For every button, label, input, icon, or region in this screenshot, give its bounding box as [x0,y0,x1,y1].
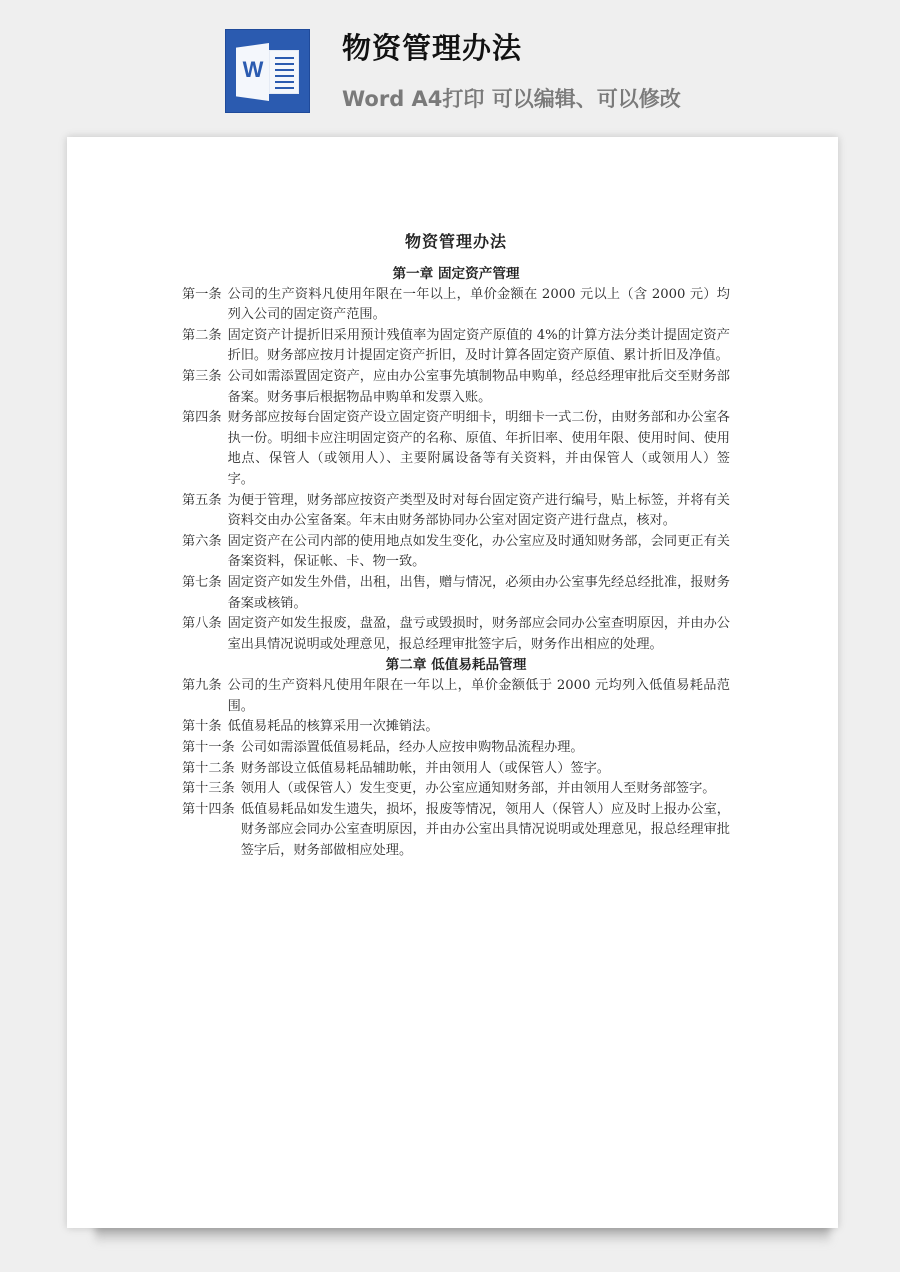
article-number: 第二条 [182,326,228,367]
chapter-heading: 第一章 固定资产管理 [182,264,730,285]
word-letter: W [238,57,268,83]
article: 第八条 固定资产如发生报废，盘盈，盘亏或毁损时，财务部应会同办公室查明原因，并由… [182,614,730,655]
article: 第二条 固定资产计提折旧采用预计残值率为固定资产原值的 4%的计算方法分类计提固… [182,326,730,367]
article: 第十三条 领用人（或保管人）发生变更，办公室应通知财务部，并由领用人至财务部签字… [182,779,730,800]
article-text: 低值易耗品如发生遗失，损坏，报废等情况，领用人（保管人）应及时上报办公室，财务部… [241,800,730,862]
document-title: 物资管理办法 [182,232,730,253]
article-text: 公司的生产资料凡使用年限在一年以上，单价金额低于 2000 元均列入低值易耗品范… [228,676,730,717]
article-text: 公司如需添置固定资产，应由办公室事先填制物品申购单，经总经理审批后交至财务部备案… [228,367,730,408]
article: 第一条 公司的生产资料凡使用年限在一年以上，单价金额在 2000 元以上（含 2… [182,285,730,326]
article-text: 公司的生产资料凡使用年限在一年以上，单价金额在 2000 元以上（含 2000 … [228,285,730,326]
article-number: 第六条 [182,532,228,573]
document-page: 物资管理办法 第一章 固定资产管理 第一条 公司的生产资料凡使用年限在一年以上，… [67,137,838,1228]
article-text: 固定资产如发生报废，盘盈，盘亏或毁损时，财务部应会同办公室查明原因，并由办公室出… [228,614,730,655]
article-number: 第三条 [182,367,228,408]
article: 第十二条 财务部设立低值易耗品辅助帐，并由领用人（或保管人）签字。 [182,759,730,780]
article-number: 第十四条 [182,800,241,862]
header-subtitle: Word A4打印 可以编辑、可以修改 [342,83,681,113]
article-number: 第九条 [182,676,228,717]
article-text: 公司如需添置低值易耗品，经办人应按申购物品流程办理。 [241,738,730,759]
article-text: 为便于管理，财务部应按资产类型及时对每台固定资产进行编号，贴上标签，并将有关资料… [228,491,730,532]
article-text: 固定资产如发生外借，出租，出售，赠与情况，必须由办公室事先经总经批准，报财务备案… [228,573,730,614]
article: 第十条 低值易耗品的核算采用一次摊销法。 [182,717,730,738]
header-title: 物资管理办法 [342,26,522,67]
article-number: 第八条 [182,614,228,655]
article-text: 固定资产计提折旧采用预计残值率为固定资产原值的 4%的计算方法分类计提固定资产折… [228,326,730,367]
article-number: 第十一条 [182,738,241,759]
article: 第十四条 低值易耗品如发生遗失，损坏，报废等情况，领用人（保管人）应及时上报办公… [182,800,730,862]
article: 第三条 公司如需添置固定资产，应由办公室事先填制物品申购单，经总经理审批后交至财… [182,367,730,408]
article: 第七条 固定资产如发生外借，出租，出售，赠与情况，必须由办公室事先经总经批准，报… [182,573,730,614]
article-text: 固定资产在公司内部的使用地点如发生变化，办公室应及时通知财务部，会同更正有关备案… [228,532,730,573]
document-body: 物资管理办法 第一章 固定资产管理 第一条 公司的生产资料凡使用年限在一年以上，… [182,232,730,862]
header: W 物资管理办法 Word A4打印 可以编辑、可以修改 [0,0,900,130]
article-text: 领用人（或保管人）发生变更，办公室应通知财务部，并由领用人至财务部签字。 [241,779,730,800]
article-number: 第一条 [182,285,228,326]
text-lines-icon [269,50,299,94]
article-number: 第十条 [182,717,228,738]
article-number: 第七条 [182,573,228,614]
article-number: 第十二条 [182,759,241,780]
article-number: 第四条 [182,408,228,490]
article: 第六条 固定资产在公司内部的使用地点如发生变化，办公室应及时通知财务部，会同更正… [182,532,730,573]
article-text: 财务部设立低值易耗品辅助帐，并由领用人（或保管人）签字。 [241,759,730,780]
article: 第四条 财务部应按每台固定资产设立固定资产明细卡，明细卡一式二份，由财务部和办公… [182,408,730,490]
article: 第五条 为便于管理，财务部应按资产类型及时对每台固定资产进行编号，贴上标签，并将… [182,491,730,532]
word-document-icon: W [225,29,310,113]
article: 第九条 公司的生产资料凡使用年限在一年以上，单价金额低于 2000 元均列入低值… [182,676,730,717]
article-number: 第十三条 [182,779,241,800]
article: 第十一条 公司如需添置低值易耗品，经办人应按申购物品流程办理。 [182,738,730,759]
article-text: 低值易耗品的核算采用一次摊销法。 [228,717,730,738]
article-number: 第五条 [182,491,228,532]
article-text: 财务部应按每台固定资产设立固定资产明细卡，明细卡一式二份，由财务部和办公室各执一… [228,408,730,490]
chapter-heading: 第二章 低值易耗品管理 [182,655,730,676]
